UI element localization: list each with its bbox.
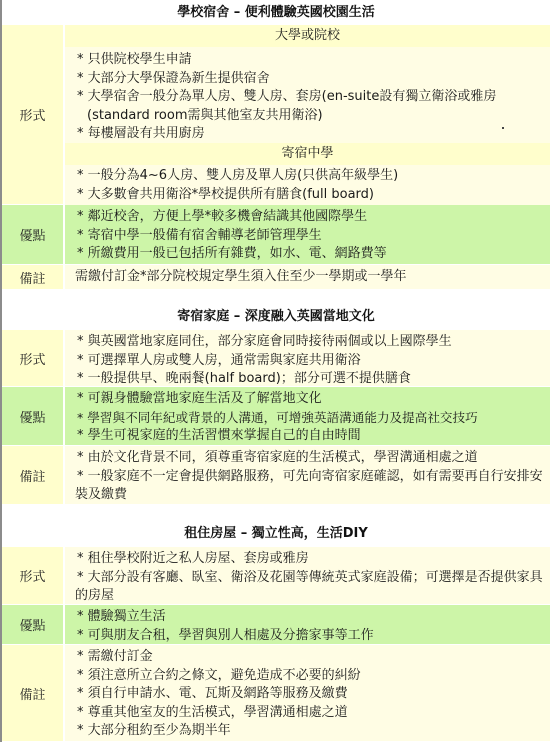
list-item: * 學習與不同年紀或背景的人溝通，可增強英語溝通能力及提高社交技巧 [77,409,546,428]
list-item: * 一般分為4~6人房、雙人房及單人房(只供高年級學生) [77,167,546,186]
row-label-pros: 優點 [2,205,65,264]
list-item: * 大多數會共用衛浴*學校提供所有膳食(full board) [77,186,546,205]
row-pros-renting: 優點 * 體驗獨立生活 * 可與朋友合租，學習與別人相處及分擔家事等工作 [2,605,550,645]
list-item: * 由於文化背景不同，須尊重寄宿家庭的生活模式，學習溝通相處之道 [75,449,546,468]
subheader-boarding-school: 寄宿中學 [65,143,550,165]
row-label-notes: 備註 [2,265,65,289]
row-notes-school-dorm: 備註 需繳付訂金*部分院校規定學生須入住至少一學期或一學年 [2,265,550,290]
list-item: * 租住學校附近之私人房屋、套房或雅房 [75,550,546,569]
notes-items: * 由於文化背景不同，須尊重寄宿家庭的生活模式，學習溝通相處之道 * 一般家庭不… [65,446,550,504]
list-item: * 大部分大學保證為新生提供宿舍 [77,70,546,89]
list-item: * 大部分設有客廳、臥室、衛浴及花園等傳統英式家庭設備；可選擇是否提供家具的房屋 [75,569,546,606]
list-item: * 大學宿舍一般分為單人房、雙人房、套房(en-suite設有獨立衛浴或雅房(s… [77,88,546,125]
boarding-school-items: * 一般分為4~6人房、雙人房及單人房(只供高年級學生) * 大多數會共用衛浴*… [65,165,550,206]
row-label-pros: 優點 [2,605,65,644]
list-item: * 須注意所立合約之條文，避免造成不必要的糾紛 [77,667,546,686]
row-label-notes: 備註 [2,645,65,741]
list-item: * 可親身體驗當地家庭生活及了解當地文化 [77,390,546,409]
list-item: * 體驗獨立生活 [77,608,546,627]
row-label-form: 形式 [2,547,65,604]
section-gap [2,290,550,304]
row-form-school-dorm: 形式 大學或院校 * 只供院校學生申請 * 大部分大學保證為新生提供宿舍 * 大… [2,25,550,205]
list-item: * 大部分租約至少為期半年 [77,722,546,741]
list-item: * 鄰近校舍，方便上學*較多機會結識其他國際學生 [77,208,546,227]
row-label-form: 形式 [2,25,65,204]
section-gap [2,505,550,521]
stray-dot [502,127,504,129]
list-item: * 學生可視家庭的生活習慣來掌握自己的自由時間 [77,427,546,446]
pros-items: * 可親身體驗當地家庭生活及了解當地文化 * 學習與不同年紀或背景的人溝通，可增… [65,387,550,445]
row-form-homestay: 形式 * 與英國當地家庭同住，部分家庭會同時接待兩個或以上國際學生 * 可選擇單… [2,330,550,387]
accommodation-comparison-document: 學校宿舍 – 便利體驗英國校園生活 形式 大學或院校 * 只供院校學生申請 * … [0,0,550,742]
row-pros-school-dorm: 優點 * 鄰近校舍，方便上學*較多機會結識其他國際學生 * 寄宿中學一般備有宿舍… [2,205,550,265]
list-item: * 需繳付訂金 [77,648,546,667]
subheader-university: 大學或院校 [65,25,550,48]
list-item: * 可與朋友合租，學習與別人相處及分擔家事等工作 [77,627,546,646]
list-item: * 所繳費用一般已包括所有雜費，如水、電、網路費等 [77,245,546,264]
form-items: * 與英國當地家庭同住，部分家庭會同時接待兩個或以上國際學生 * 可選擇單人房或… [65,330,550,386]
pros-items: * 體驗獨立生活 * 可與朋友合租，學習與別人相處及分擔家事等工作 [65,605,550,644]
row-label-form: 形式 [2,330,65,386]
section-title-homestay: 寄宿家庭 – 深度融入英國當地文化 [2,304,550,330]
list-item: * 與英國當地家庭同住，部分家庭會同時接待兩個或以上國際學生 [77,333,546,352]
list-item: * 每樓層設有共用廚房 [77,125,546,144]
list-item: * 可選擇單人房或雙人房，通常需與家庭共用衛浴 [77,352,546,371]
section-title-renting: 租住房屋 – 獨立性高，生活DIY [2,521,550,547]
form-items: * 租住學校附近之私人房屋、套房或雅房 * 大部分設有客廳、臥室、衛浴及花園等傳… [65,547,550,604]
section-title-school-dorm: 學校宿舍 – 便利體驗英國校園生活 [2,0,550,25]
row-label-notes: 備註 [2,446,65,504]
pros-items: * 鄰近校舍，方便上學*較多機會結識其他國際學生 * 寄宿中學一般備有宿舍輔導老… [65,205,550,264]
row-form-renting: 形式 * 租住學校附近之私人房屋、套房或雅房 * 大部分設有客廳、臥室、衛浴及花… [2,547,550,605]
row-pros-homestay: 優點 * 可親身體驗當地家庭生活及了解當地文化 * 學習與不同年紀或背景的人溝通… [2,387,550,446]
row-notes-renting: 備註 * 需繳付訂金 * 須注意所立合約之條文，避免造成不必要的糾紛 * 須自行… [2,645,550,742]
university-items: * 只供院校學生申請 * 大部分大學保證為新生提供宿舍 * 大學宿舍一般分為單人… [65,48,550,143]
list-item: * 只供院校學生申請 [77,51,546,70]
list-item: * 尊重其他室友的生活模式，學習溝通相處之道 [77,704,546,723]
notes-items: 需繳付訂金*部分院校規定學生須入住至少一學期或一學年 [65,265,550,289]
list-item: * 一般家庭不一定會提供網路服務，可先向寄宿家庭確認，如有需要再自行安排安裝及繳… [75,468,546,505]
list-item: * 寄宿中學一般備有宿舍輔導老師管理學生 [77,227,546,246]
list-item: * 須自行申請水、電、瓦斯及網路等服務及繳費 [77,685,546,704]
form-groups: 大學或院校 * 只供院校學生申請 * 大部分大學保證為新生提供宿舍 * 大學宿舍… [65,25,550,204]
list-item: * 一般提供早、晚兩餐(half board)；部分可選不提供膳食 [77,370,546,389]
row-label-pros: 優點 [2,387,65,445]
notes-items: * 需繳付訂金 * 須注意所立合約之條文，避免造成不必要的糾紛 * 須自行申請水… [65,645,550,741]
row-notes-homestay: 備註 * 由於文化背景不同，須尊重寄宿家庭的生活模式，學習溝通相處之道 * 一般… [2,446,550,505]
list-item: 需繳付訂金*部分院校規定學生須入住至少一學期或一學年 [75,268,546,287]
